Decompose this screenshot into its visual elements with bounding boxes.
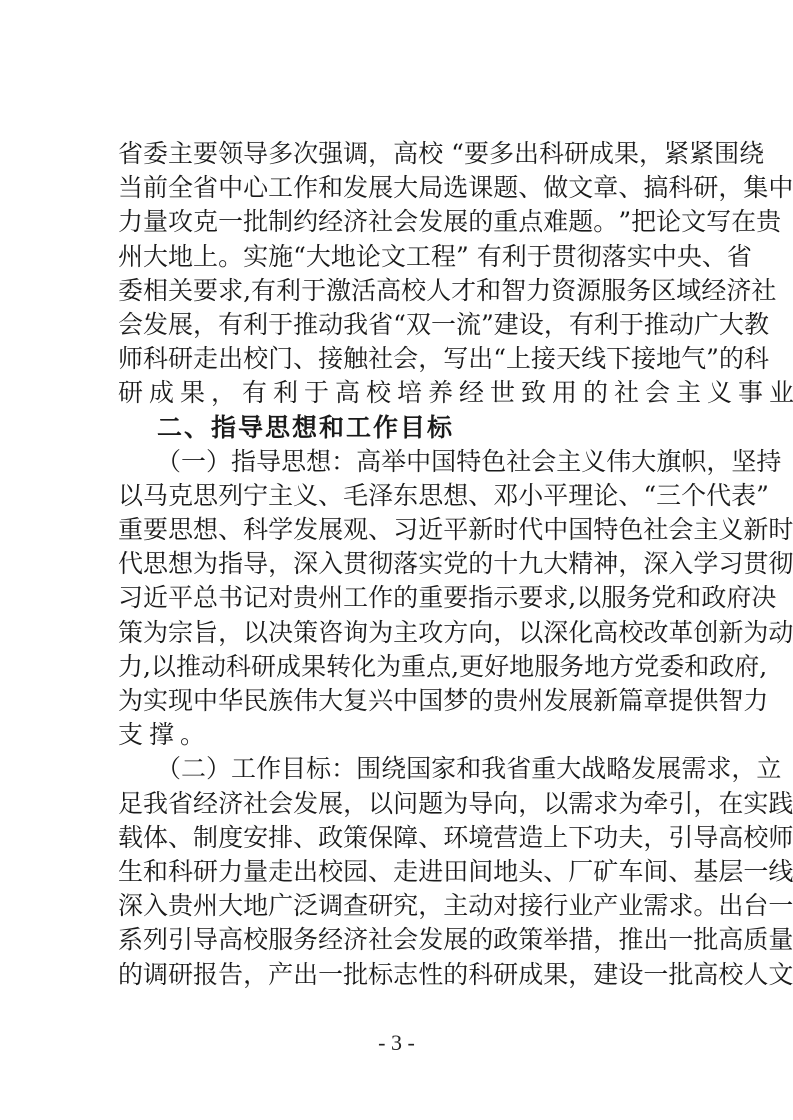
page-number: - 3 - [0,1030,793,1056]
work-goals-line: 足我省经济社会发展，以问题为导向，以需求为牵引，在实践 [118,787,684,821]
paragraph-line: 力量攻克一批制约经济社会发展的重点难题。”把论文写在贵 [118,205,684,239]
work-goals-line: 深入贵州大地广泛调查研究，主动对接行业产业需求。出台一 [118,889,684,923]
work-goals-line: 的调研报告，产出一批标志性的科研成果，建设一批高校人文 [118,958,684,992]
guiding-thought-line: 以马克思列宁主义、毛泽东思想、邓小平理论、“三个代表” [118,479,684,513]
guiding-thought-line: 为实现中华民族伟大复兴中国梦的贵州发展新篇章提供智力 [118,684,684,718]
guiding-thought-line: 代思想为指导，深入贯彻落实党的十九大精神，深入学习贯彻 [118,547,684,581]
guiding-thought-line: 重要思想、科学发展观、习近平新时代中国特色社会主义新时 [118,513,684,547]
guiding-thought-line: 力,以推动科研成果转化为重点,更好地服务地方党委和政府, [118,650,684,684]
paragraph-line: 委相关要求,有利于激活高校人才和智力资源服务区域经济社 [118,274,684,308]
paragraph-line: 当前全省中心工作和发展大局选课题、做文章、搞科研，集中 [118,171,684,205]
paragraph-line: 师科研走出校门、接触社会，写出“上接天线下接地气”的科 [118,342,684,376]
document-body: 省委主要领导多次强调，高校 “要多出科研成果，紧紧围绕 当前全省中心工作和发展大… [118,137,684,992]
paragraph-line: 会发展，有利于推动我省“双一流”建设，有利于推动广大教 [118,308,684,342]
work-goals-line: 载体、制度安排、政策保障、环境营造上下功夫，引导高校师 [118,821,684,855]
paragraph-line: 研成果，有利于高校培养经世致用的社会主义事业接班人。 [118,376,684,410]
guiding-thought-line: （一）指导思想：高举中国特色社会主义伟大旗帜，坚持 [118,445,684,479]
work-goals-line: 生和科研力量走出校园、走进田间地头、厂矿车间、基层一线， [118,855,684,889]
guiding-thought-line: 习近平总书记对贵州工作的重要指示要求,以服务党和政府决 [118,581,684,615]
section-heading: 二、指导思想和工作目标 [118,411,684,445]
guiding-thought-line: 策为宗旨，以决策咨询为主攻方向，以深化高校改革创新为动 [118,616,684,650]
paragraph-line: 州大地上。实施“大地论文工程” 有利于贯彻落实中央、省 [118,240,684,274]
paragraph-line: 省委主要领导多次强调，高校 “要多出科研成果，紧紧围绕 [118,137,684,171]
guiding-thought-line: 支撑。 [118,718,684,752]
work-goals-line: 系列引导高校服务经济社会发展的政策举措，推出一批高质量 [118,923,684,957]
work-goals-line: （二）工作目标：围绕国家和我省重大战略发展需求，立 [118,752,684,786]
